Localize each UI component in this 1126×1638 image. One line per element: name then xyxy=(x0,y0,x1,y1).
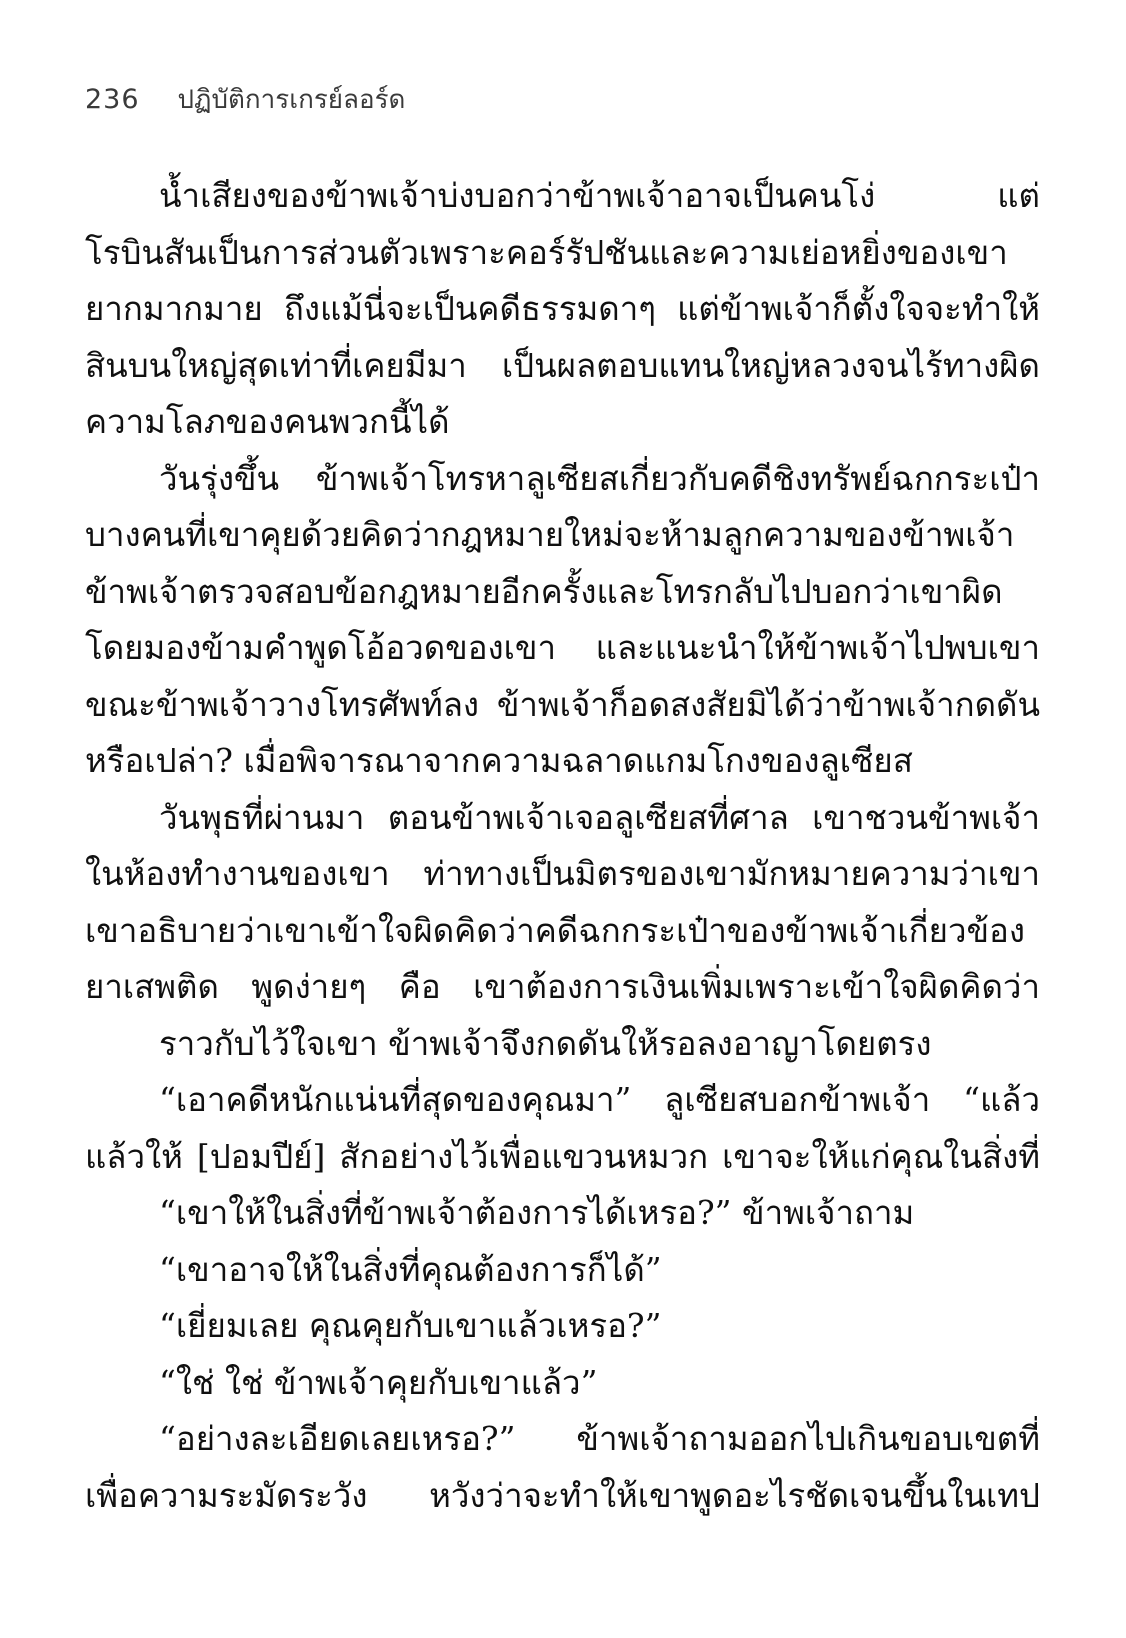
text-line: ข้าพเจ้าตรวจสอบข้อกฎหมายอีกครั้งและโทรกล… xyxy=(85,564,1040,621)
text-line: “เอาคดีหนักแน่นที่สุดของคุณมา” ลูเซียสบอ… xyxy=(85,1072,1040,1129)
text-line: “ใช่ ใช่ ข้าพเจ้าคุยกับเขาแล้ว” xyxy=(85,1355,1040,1412)
text-line: ความโลภของคนพวกนี้ได้ xyxy=(85,394,1040,451)
text-line: ยาเสพติด พูดง่ายๆ คือ เขาต้องการเงินเพิ่… xyxy=(85,959,1040,1016)
text-line: โรบินสันเป็นการส่วนตัวเพราะคอร์รัปชันและ… xyxy=(85,225,1040,282)
text-line: วันรุ่งขึ้น ข้าพเจ้าโทรหาลูเซียสเกี่ยวกั… xyxy=(85,451,1040,508)
text-line: ยากมากมาย ถึงแม้นี่จะเป็นคดีธรรมดาๆ แต่ข… xyxy=(85,281,1040,338)
text-line: “เขาอาจให้ในสิ่งที่คุณต้องการก็ได้” xyxy=(85,1242,1040,1299)
running-header: 236 ปฏิบัติการเกรย์ลอร์ด xyxy=(85,84,1040,116)
text-line: “อย่างละเอียดเลยเหรอ?” ข้าพเจ้าถามออกไปเ… xyxy=(85,1411,1040,1468)
page-number: 236 xyxy=(85,84,140,116)
text-line: บางคนที่เขาคุยด้วยคิดว่ากฎหมายใหม่จะห้าม… xyxy=(85,507,1040,564)
text-line: โดยมองข้ามคำพูดโอ้อวดของเขา และแนะนำให้ข… xyxy=(85,620,1040,677)
text-line: วันพุธที่ผ่านมา ตอนข้าพเจ้าเจอลูเซียสที่… xyxy=(85,790,1040,847)
text-line: ขณะข้าพเจ้าวางโทรศัพท์ลง ข้าพเจ้าก็อดสงส… xyxy=(85,677,1040,734)
text-line: สินบนใหญ่สุดเท่าที่เคยมีมา เป็นผลตอบแทนใ… xyxy=(85,338,1040,395)
text-line: หรือเปล่า? เมื่อพิจารณาจากความฉลาดแกมโกง… xyxy=(85,733,1040,790)
text-line: น้ำเสียงของข้าพเจ้าบ่งบอกว่าข้าพเจ้าอาจเ… xyxy=(85,168,1040,225)
text-line: เขาอธิบายว่าเขาเข้าใจผิดคิดว่าคดีฉกกระเป… xyxy=(85,903,1040,960)
text-line: ราวกับไว้ใจเขา ข้าพเจ้าจึงกดดันให้รอลงอา… xyxy=(85,1016,1040,1073)
book-page: 236 ปฏิบัติการเกรย์ลอร์ด น้ำเสียงของข้าพ… xyxy=(0,0,1126,1638)
text-line: แล้วให้ [ปอมปีย์] สักอย่างไว้เพื่อแขวนหม… xyxy=(85,1129,1040,1186)
text-line: เพื่อความระมัดระวัง หวังว่าจะทำให้เขาพูด… xyxy=(85,1468,1040,1525)
body-text: น้ำเสียงของข้าพเจ้าบ่งบอกว่าข้าพเจ้าอาจเ… xyxy=(85,168,1040,1524)
text-line: “เยี่ยมเลย คุณคุยกับเขาแล้วเหรอ?” xyxy=(85,1298,1040,1355)
text-line: “เขาให้ในสิ่งที่ข้าพเจ้าต้องการได้เหรอ?”… xyxy=(85,1185,1040,1242)
text-line: ในห้องทำงานของเขา ท่าทางเป็นมิตรของเขามั… xyxy=(85,846,1040,903)
book-title: ปฏิบัติการเกรย์ลอร์ด xyxy=(178,84,406,116)
